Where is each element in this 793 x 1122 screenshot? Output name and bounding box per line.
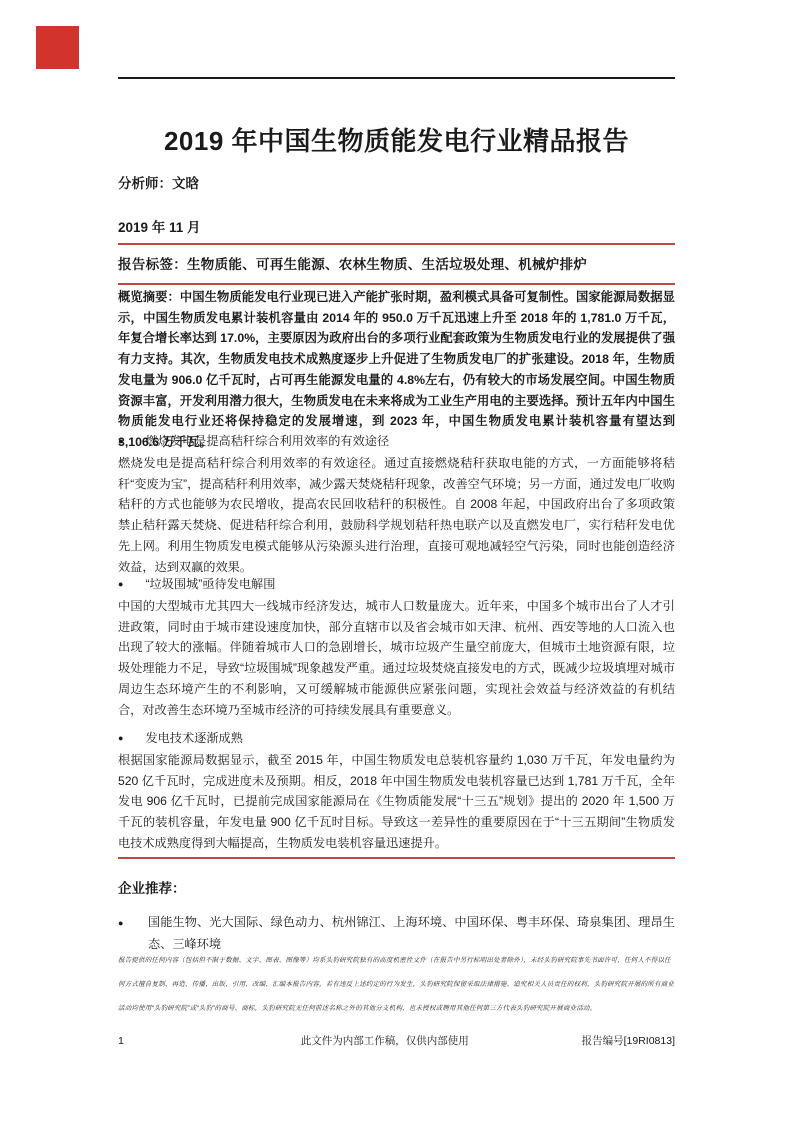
summary-label: 概览摘要： — [118, 290, 180, 304]
section-heading-waste-siege: ● “垃圾围城”亟待发电解围 — [118, 574, 675, 594]
disclaimer-line: 活动均使用“头豹研究院”或“头豹”的商号、商标，头豹研究院无任何前述名称之外的其… — [118, 997, 675, 1021]
summary-text: 中国生物质能发电行业现已进入产能扩张时期，盈利模式具备可复制性。国家能源局数据显… — [118, 290, 675, 449]
bullet-icon: ● — [118, 431, 123, 451]
recommend-divider — [118, 857, 675, 859]
companies-list: 国能生物、光大国际、绿色动力、杭州锦江、上海环境、中国环保、粤丰环保、琦泉集团、… — [148, 915, 675, 951]
section-heading-tech-maturity: ● 发电技术逐渐成熟 — [118, 728, 675, 748]
recommend-heading: 企业推荐： — [118, 877, 675, 897]
section-body-waste-siege: 中国的大型城市尤其四大一线城市经济发达，城市人口数量庞大。近年来，中国多个城市出… — [118, 596, 675, 720]
disclaimer-line: 报告提供的任何内容（包括但不限于数据、文字、图表、图像等）均系头豹研究院独有的高… — [118, 949, 675, 973]
report-number: 报告编号[19RI0813] — [582, 1033, 675, 1048]
section-body-straw-power: 燃烧发电是提高秸秆综合利用效率的有效途径。通过直接燃烧秸秆获取电能的方式，一方面… — [118, 453, 675, 577]
tags-divider-top — [118, 243, 675, 245]
analyst-name: 文晗 — [172, 176, 199, 191]
section-heading-straw-power: ● 燃烧发电是提高秸秆综合利用效率的有效途径 — [118, 431, 675, 451]
disclaimer-line: 何方式擅自复制、再造、传播、出版、引用、改编、汇编本报告内容，若有违反上述约定的… — [118, 973, 675, 997]
bullet-icon: ● — [118, 728, 123, 748]
section-heading-text: 发电技术逐渐成熟 — [145, 728, 243, 748]
report-date: 2019 年 11 月 — [118, 216, 675, 236]
page-footer: 1 此文件为内部工作稿，仅供内部使用 报告编号[19RI0813] — [118, 1033, 675, 1048]
report-tags: 报告标签：生物质能、可再生能源、农林生物质、生活垃圾处理、机械炉排炉 — [118, 253, 675, 273]
tags-divider-bottom — [118, 283, 675, 285]
page-number: 1 — [118, 1035, 188, 1047]
footer-note: 此文件为内部工作稿，仅供内部使用 — [188, 1033, 582, 1048]
section-heading-text: “垃圾围城”亟待发电解围 — [145, 574, 275, 594]
brand-logo — [36, 26, 79, 69]
bullet-icon: ● — [118, 913, 123, 935]
analyst-label: 分析师： — [118, 176, 172, 191]
page-title: 2019 年中国生物质能发电行业精品报告 — [118, 121, 675, 158]
tags-label: 报告标签： — [118, 257, 187, 272]
report-page: 2019 年中国生物质能发电行业精品报告 分析师：文晗 2019 年 11 月 … — [0, 0, 793, 1122]
overview-summary: 概览摘要：中国生物质能发电行业现已进入产能扩张时期，盈利模式具备可复制性。国家能… — [118, 287, 675, 453]
bullet-icon: ● — [118, 574, 123, 594]
legal-disclaimer: 报告提供的任何内容（包括但不限于数据、文字、图表、图像等）均系头豹研究院独有的高… — [118, 949, 675, 1021]
tags-value: 生物质能、可再生能源、农林生物质、生活垃圾处理、机械炉排炉 — [187, 257, 587, 272]
section-body-tech-maturity: 根据国家能源局数据显示，截至 2015 年，中国生物质发电总装机容量约 1,03… — [118, 750, 675, 854]
analyst-line: 分析师：文晗 — [118, 172, 675, 192]
header-divider — [118, 77, 675, 79]
section-heading-text: 燃烧发电是提高秸秆综合利用效率的有效途径 — [145, 431, 389, 451]
